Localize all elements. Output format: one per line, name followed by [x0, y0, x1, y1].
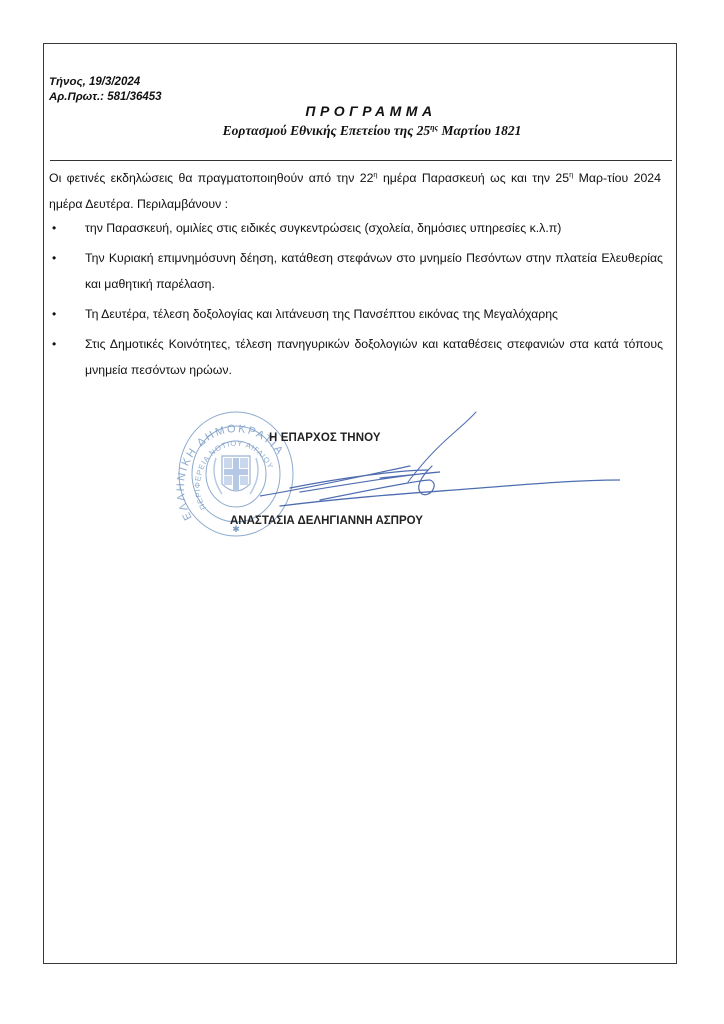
- signature-block: ΕΛΛΗΝΙΚΗ ΔΗΜΟΚΡΑΤΙΑ ΠΕΡΙΦΕΡΕΙΑ ΝΟΤΙΟΥ ΑΙ…: [170, 400, 620, 550]
- bullet-icon: •: [52, 215, 56, 241]
- place-date: Τήνος, 19/3/2024: [49, 76, 140, 88]
- list-item: •Τη Δευτέρα, τέλεση δοξολογίας και λιτάν…: [49, 301, 663, 327]
- bullet-icon: •: [52, 245, 56, 271]
- bullet-icon: •: [52, 301, 56, 327]
- bullet-icon: •: [52, 331, 56, 357]
- signatory-name: ΑΝΑΣΤΑΣΙΑ ΔΕΛΗΓΙΑΝΝΗ ΑΣΠΡΟΥ: [230, 515, 423, 527]
- protocol-number: Αρ.Πρωτ.: 581/36453: [49, 91, 162, 103]
- subtitle-suffix: Μαρτίου 1821: [438, 123, 521, 138]
- subtitle-superscript: ης: [430, 123, 438, 132]
- intro-paragraph: Οι φετινές εκδηλώσεις θα πραγματοποιηθού…: [49, 162, 661, 217]
- events-list: •την Παρασκευή, ομιλίες στις ειδικές συγ…: [49, 215, 663, 387]
- subtitle-prefix: Εορτασμού Εθνικής Επετείου της 25: [223, 123, 430, 138]
- intro-text-1: Οι φετινές εκδηλώσεις θα πραγματοποιηθού…: [49, 171, 373, 185]
- list-item: •Στις Δημοτικές Κοινότητες, τέλεση πανηγ…: [49, 331, 663, 383]
- list-item-text: Στις Δημοτικές Κοινότητες, τέλεση πανηγυ…: [85, 337, 663, 377]
- list-item-text: Τη Δευτέρα, τέλεση δοξολογίας και λιτάνε…: [85, 307, 558, 321]
- list-item: •την Παρασκευή, ομιλίες στις ειδικές συγ…: [49, 215, 663, 241]
- header-divider: [50, 160, 672, 161]
- document-title: ΠΡΟΓΡΑΜΜΑ: [0, 103, 724, 119]
- list-item: •Την Κυριακή επιμνημόσυνη δέηση, κατάθεσ…: [49, 245, 663, 297]
- list-item-text: Την Κυριακή επιμνημόσυνη δέηση, κατάθεση…: [85, 251, 663, 291]
- handwritten-signature-icon: [260, 400, 620, 520]
- list-item-text: την Παρασκευή, ομιλίες στις ειδικές συγκ…: [85, 221, 561, 235]
- intro-text-2: ημέρα Παρασκευή ως και την 25: [378, 171, 570, 185]
- document-subtitle: Εορτασμού Εθνικής Επετείου της 25ης Μαρτ…: [0, 123, 724, 139]
